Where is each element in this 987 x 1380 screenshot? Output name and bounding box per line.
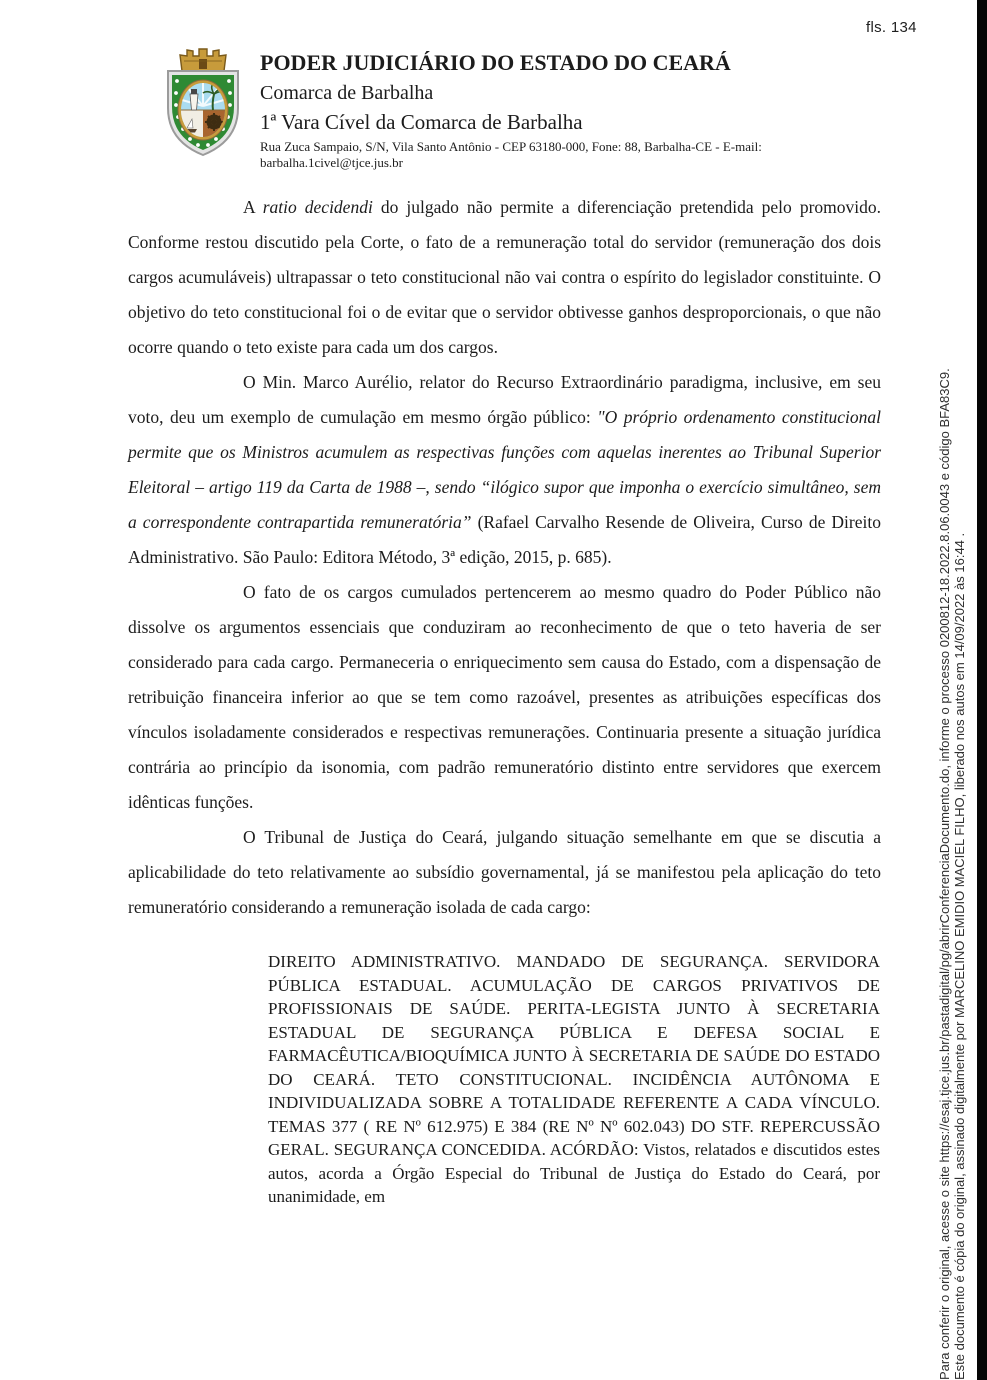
vara-subtitle: 1ª Vara Cível da Comarca de Barbalha	[260, 109, 762, 135]
digital-signature-stamp-line1: Este documento é cópia do original, assi…	[953, 533, 967, 1380]
court-address-line1: Rua Zuca Sampaio, S/N, Vila Santo Antôni…	[260, 139, 762, 154]
document-body: A ratio decidendi do julgado não permite…	[128, 190, 881, 1209]
letterhead-text: PODER JUDICIÁRIO DO ESTADO DO CEARÁ Coma…	[260, 44, 762, 171]
citation-block: DIREITO ADMINISTRATIVO. MANDADO DE SEGUR…	[268, 950, 880, 1209]
letterhead: PODER JUDICIÁRIO DO ESTADO DO CEARÁ Coma…	[156, 44, 762, 171]
scan-edge-artifact	[977, 0, 987, 1380]
document-page: fls. 134	[0, 0, 987, 1380]
digital-signature-stamp-line2: Para conferir o original, acesse o site …	[938, 368, 952, 1380]
body-paragraph-1: A ratio decidendi do julgado não permite…	[128, 190, 881, 365]
comarca-subtitle: Comarca de Barbalha	[260, 81, 762, 106]
court-address: Rua Zuca Sampaio, S/N, Vila Santo Antôni…	[260, 139, 762, 171]
folio-number: fls. 134	[866, 19, 917, 37]
court-title: PODER JUDICIÁRIO DO ESTADO DO CEARÁ	[260, 50, 762, 76]
body-paragraph-4: O Tribunal de Justiça do Ceará, julgando…	[128, 820, 881, 925]
ceara-coat-of-arms-icon	[156, 44, 250, 160]
body-paragraph-2: O Min. Marco Aurélio, relator do Recurso…	[128, 365, 881, 575]
court-email: barbalha.1civel@tjce.jus.br	[260, 155, 403, 170]
body-paragraph-3: O fato de os cargos cumulados pertencere…	[128, 575, 881, 820]
